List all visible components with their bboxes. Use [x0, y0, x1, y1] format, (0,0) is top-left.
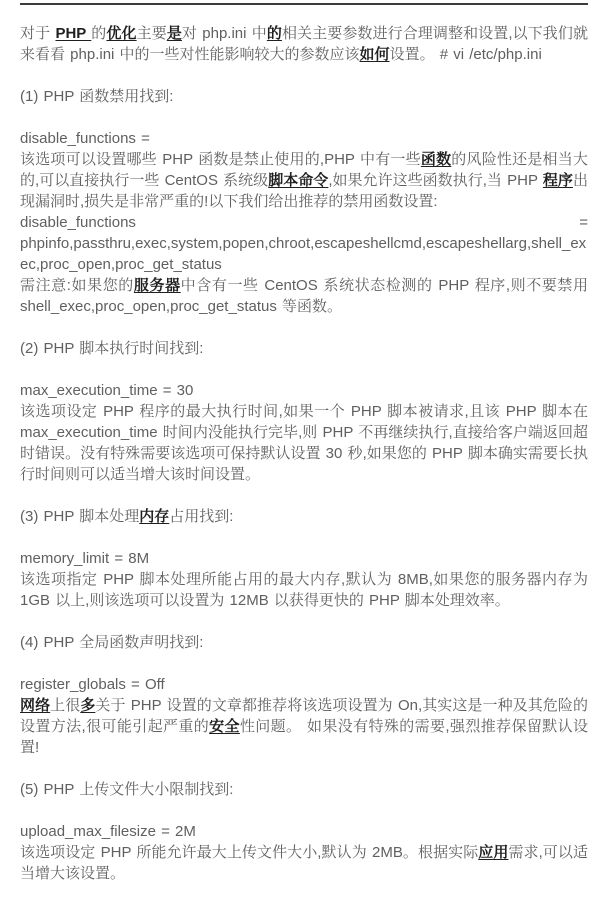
text-run: 的: [91, 25, 106, 42]
text-run: (2) PHP 脚本执行时间找到:: [20, 340, 203, 357]
section-4-heading: (4) PHP 全局函数声明找到:: [20, 632, 588, 653]
text-run: register_globals = Off: [20, 676, 165, 693]
emphasized-term: 服务器: [134, 277, 181, 294]
section-1-heading: (1) PHP 函数禁用找到:: [20, 86, 588, 107]
config-token: =: [579, 212, 588, 233]
text-run: 该选项设定 PHP 所能允许最大上传文件大小,默认为 2MB。根据实际: [20, 844, 478, 861]
emphasized-term: 是: [167, 25, 182, 42]
text-run: 该选项设定 PHP 程序的最大执行时间,如果一个 PHP 脚本被请求,且该 PH…: [20, 403, 588, 483]
text-run: 该选项指定 PHP 脚本处理所能占用的最大内存,默认为 8MB,如果您的服务器内…: [20, 571, 588, 609]
section-2-heading: (2) PHP 脚本执行时间找到:: [20, 338, 588, 359]
emphasized-term: 优化: [106, 25, 136, 42]
document-page: 对于 PHP 的优化主要是对 php.ini 中的相关主要参数进行合理调整和设置…: [0, 3, 607, 884]
text-run: 上很: [50, 697, 80, 714]
emphasized-term: 函数: [421, 151, 451, 168]
section-3-heading: (3) PHP 脚本处理内存占用找到:: [20, 506, 588, 527]
text-run: ,如果允许这些函数执行,当 PHP: [328, 172, 543, 189]
emphasized-term: 如何: [360, 46, 390, 63]
document-body: 对于 PHP 的优化主要是对 php.ini 中的相关主要参数进行合理调整和设置…: [20, 23, 588, 884]
text-run: 对于: [20, 25, 55, 42]
section-4-body: register_globals = Off网络上很多关于 PHP 设置的文章都…: [20, 674, 588, 758]
emphasized-term: 内存: [139, 508, 169, 525]
emphasized-term: PHP: [55, 25, 91, 42]
intro-paragraph: 对于 PHP 的优化主要是对 php.ini 中的相关主要参数进行合理调整和设置…: [20, 23, 588, 65]
emphasized-term: 多: [80, 697, 95, 714]
text-run: 设置。 # vi /etc/php.ini: [390, 46, 542, 63]
text-run: max_execution_time = 30: [20, 382, 193, 399]
emphasized-term: 安全: [209, 718, 240, 735]
config-key-value-justified-line: disable_functions=: [20, 212, 588, 233]
text-run: 主要: [137, 25, 167, 42]
text-run: upload_max_filesize = 2M: [20, 823, 196, 840]
emphasized-term: 程序: [543, 172, 573, 189]
text-run: 需注意:如果您的: [20, 277, 134, 294]
section-5-body: upload_max_filesize = 2M该选项设定 PHP 所能允许最大…: [20, 821, 588, 884]
top-horizontal-rule: [20, 3, 588, 5]
text-run: (4) PHP 全局函数声明找到:: [20, 634, 203, 651]
text-run: 占用找到:: [169, 508, 233, 525]
text-run: (5) PHP 上传文件大小限制找到:: [20, 781, 233, 798]
emphasized-term: 应用: [478, 844, 508, 861]
emphasized-term: 脚本命令: [268, 172, 328, 189]
section-3-body: memory_limit = 8M该选项指定 PHP 脚本处理所能占用的最大内存…: [20, 548, 588, 611]
section-2-body: max_execution_time = 30该选项设定 PHP 程序的最大执行…: [20, 380, 588, 485]
text-run: (3) PHP 脚本处理: [20, 508, 139, 525]
section-5-heading: (5) PHP 上传文件大小限制找到:: [20, 779, 588, 800]
section-1-body: disable_functions =该选项可以设置哪些 PHP 函数是禁止使用…: [20, 128, 588, 317]
text-run: 对 php.ini 中: [182, 25, 267, 42]
emphasized-term: 的: [267, 25, 282, 42]
text-run: phpinfo,passthru,exec,system,popen,chroo…: [20, 235, 586, 273]
config-token: disable_functions: [20, 212, 136, 233]
text-run: memory_limit = 8M: [20, 550, 149, 567]
text-run: 该选项可以设置哪些 PHP 函数是禁止使用的,PHP 中有一些: [20, 151, 421, 168]
emphasized-term: 网络: [20, 697, 50, 714]
text-run: (1) PHP 函数禁用找到:: [20, 88, 173, 105]
text-run: disable_functions =: [20, 130, 150, 147]
